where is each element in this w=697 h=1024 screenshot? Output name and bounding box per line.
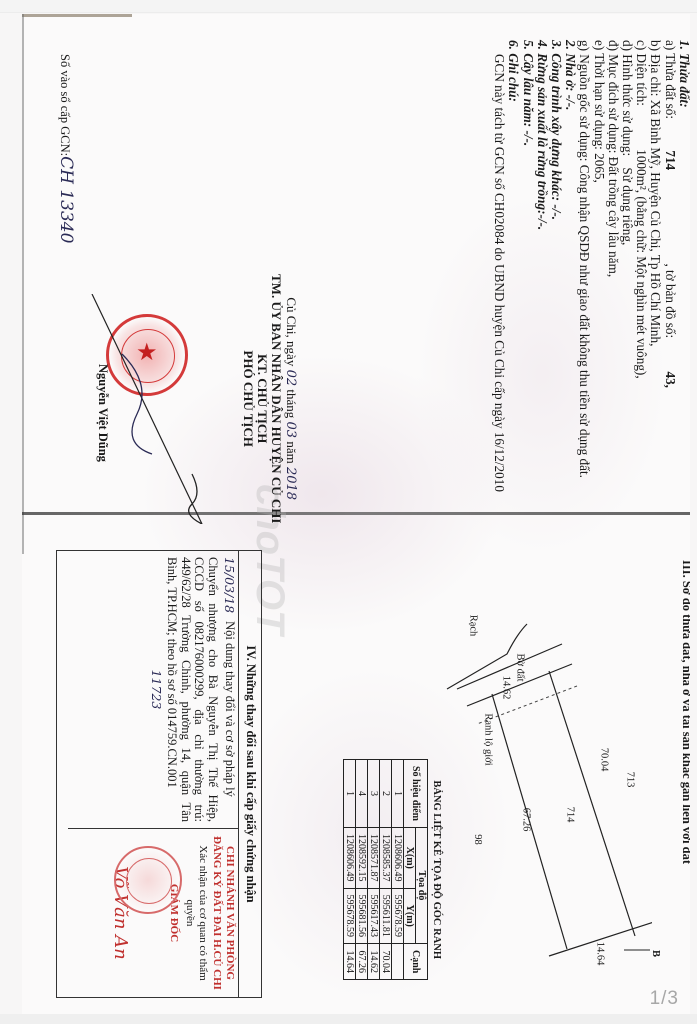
perennial-row: 5. Cây lâu năm: -/-. <box>520 40 534 492</box>
signature-block: Củ Chi, ngày 02 tháng 03 năm 2018 TM. ỦY… <box>241 274 298 523</box>
table-row: 41208592.15595681.5667.26 <box>356 760 368 980</box>
land-heading: 1. Thửa đất: <box>677 40 690 492</box>
viewer-bottom-bar <box>0 1014 697 1024</box>
table-row: 31208571.87595617.4314.62 <box>368 760 380 980</box>
cell-y: 595681.56 <box>356 888 368 944</box>
cell-x: 1208585.37 <box>380 828 392 889</box>
address-value: Xã Bình Mỹ, Huyện Củ Chi, Tp Hồ Chí Minh… <box>648 100 663 347</box>
paper-edge <box>22 14 132 17</box>
area-value: 1000m², (bằng chữ: Một nghìn mét vuông), <box>634 149 649 378</box>
role-1: KT. CHỦ TỊCH <box>255 274 269 523</box>
cell-x: 1208606.49 <box>392 828 404 889</box>
cell-point: 1 <box>344 760 356 828</box>
usage-form-row: d) Hình thức sử dụng: Sử dụng riêng, <box>620 40 634 492</box>
other-works-row: 3. Công trình xây dựng khác: -/-. <box>549 40 563 492</box>
purpose-row: đ) Mục đích sử dụng: Đất trồng cây lâu n… <box>606 40 620 492</box>
role-2: PHÓ CHỦ TỊCH <box>241 274 255 523</box>
label-neighbor-bottom: 98 <box>472 834 483 845</box>
confirm-org: CHI NHÁNH VĂN PHÒNG ĐĂNG KÝ ĐẤT ĐAI H.CỦ… <box>210 835 237 991</box>
note-text: GCN này tách từ GCN số CH02084 do UBND h… <box>492 40 506 492</box>
issuing-org: TM. ỦY BAN NHÂN DÂN HUYỆN CỦ CHI <box>269 274 283 523</box>
cell-y: 595617.43 <box>368 888 380 944</box>
cell-x: 1208571.87 <box>368 828 380 889</box>
month-handwritten: 03 <box>283 422 298 439</box>
cell-point: 1 <box>392 760 404 828</box>
day-handwritten: 02 <box>283 370 298 387</box>
origin-row: g) Nguồn gốc sử dụng: Công nhận QSDĐ như… <box>577 40 591 492</box>
cell-edge: 14.64 <box>344 944 356 980</box>
cell-edge <box>392 944 404 980</box>
cell-edge: 67.26 <box>356 944 368 980</box>
label-canal: Rạch <box>467 615 478 637</box>
registration-value: CH 13340 <box>56 156 76 243</box>
parcel-number: 714 <box>663 150 678 170</box>
cell-y: 595678.59 <box>344 888 356 944</box>
col-point: Số hiệu điểm <box>404 760 428 828</box>
handwritten-number: 11723 <box>150 557 164 822</box>
viewer-top-bar <box>0 0 697 13</box>
page-indicator[interactable]: 1/3 <box>650 988 679 1010</box>
edge-length-1: 70.04 <box>598 748 609 772</box>
col-edge: Cạnh <box>404 944 428 980</box>
cell-edge: 70.04 <box>380 944 392 980</box>
plantation-row: 4. Rừng sản xuất là rừng trồng:-/-. <box>535 40 549 492</box>
notes-heading: 6. Ghi chú: <box>506 40 520 492</box>
signer-name: Nguyễn Việt Dũng <box>95 364 110 462</box>
label-parcel: 714 <box>564 807 575 823</box>
change-content-heading: Nội dung thay đổi và cơ sở pháp lý <box>223 621 237 797</box>
map-sheet-number: 43, <box>663 371 678 387</box>
branch-stamp-icon <box>114 846 182 914</box>
cell-y: 595611.81 <box>380 888 392 944</box>
place-date: Củ Chi, ngày 02 tháng 03 năm 2018 <box>283 274 298 523</box>
col-x: X(m) <box>404 828 416 889</box>
cell-point: 4 <box>356 760 368 828</box>
area-row: c) Diện tích: 1000m², (bằng chữ: Một ngh… <box>634 40 648 492</box>
cell-x: 1208592.15 <box>356 828 368 889</box>
edge-length-2: 14.62 <box>500 676 511 700</box>
registration-number: Số vào sổ cấp GCN:CH 13340 <box>56 54 76 243</box>
table-row: 11208606.49595678.59 <box>392 760 404 980</box>
cell-point: 2 <box>380 760 392 828</box>
north-marker: B <box>650 950 661 957</box>
section-3-title: III. Sơ đồ thửa đất, nhà ở và tài sản kh… <box>679 560 690 864</box>
change-content-column: 15/03/18 Nội dung thay đổi và cơ sở pháp… <box>69 551 239 829</box>
coordinate-table: BẢNG LIỆT KÊ TỌA ĐỘ GÓC RANH Số hiệu điể… <box>343 759 442 980</box>
change-date-handwritten: 15/03/18 <box>223 557 237 613</box>
address-row: b) Địa chỉ: Xã Bình Mỹ, Huyện Củ Chi, Tp… <box>648 40 662 492</box>
table-row: 11208606.49595678.5914.64 <box>344 760 356 980</box>
label-embankment: Bờ đất <box>515 653 526 681</box>
document-photo[interactable]: choTOT II. Thửa đất, nhà ở và tài sản kh… <box>22 14 690 1014</box>
label-boundary: Ranh lộ giới <box>483 713 494 765</box>
year-handwritten: 2018 <box>283 467 298 500</box>
edge-length-3: 67.26 <box>520 808 531 832</box>
section-4-title: IV. Những thay đổi sau khi cấp giấy chứn… <box>239 551 262 997</box>
coordinate-table-title: BẢNG LIỆT KÊ TỌA ĐỘ GÓC RANH <box>431 759 442 980</box>
change-body: Chuyển nhượng cho Bà Nguyễn Thị Thế Hiệp… <box>165 557 219 822</box>
cell-y: 595678.59 <box>392 888 404 944</box>
col-coords: Tọa độ <box>416 828 428 944</box>
paper-edge <box>22 14 24 554</box>
edge-length-4: 14.64 <box>594 942 605 966</box>
section-4-changes: IV. Những thay đổi sau khi cấp giấy chứn… <box>56 550 262 998</box>
label-neighbor-top: 713 <box>624 772 635 788</box>
cell-point: 3 <box>368 760 380 828</box>
table-row: 21208585.37595611.8170.04 <box>380 760 392 980</box>
confirm-heading: Xác nhận của cơ quan có thẩm quyền <box>183 835 210 991</box>
col-y: Y(m) <box>404 888 416 944</box>
section-2-land-info: II. Thửa đất, nhà ở và tài sản khác gắn … <box>492 40 690 492</box>
term-row: e) Thời hạn sử dụng: 2065, <box>591 40 605 492</box>
house-row: 2. Nhà ở: -/-. <box>563 40 577 492</box>
parcel-row: a) Thửa đất số: 714 , tờ bản đồ số: 43, <box>662 40 676 492</box>
cell-edge: 14.62 <box>368 944 380 980</box>
cell-x: 1208606.49 <box>344 828 356 889</box>
